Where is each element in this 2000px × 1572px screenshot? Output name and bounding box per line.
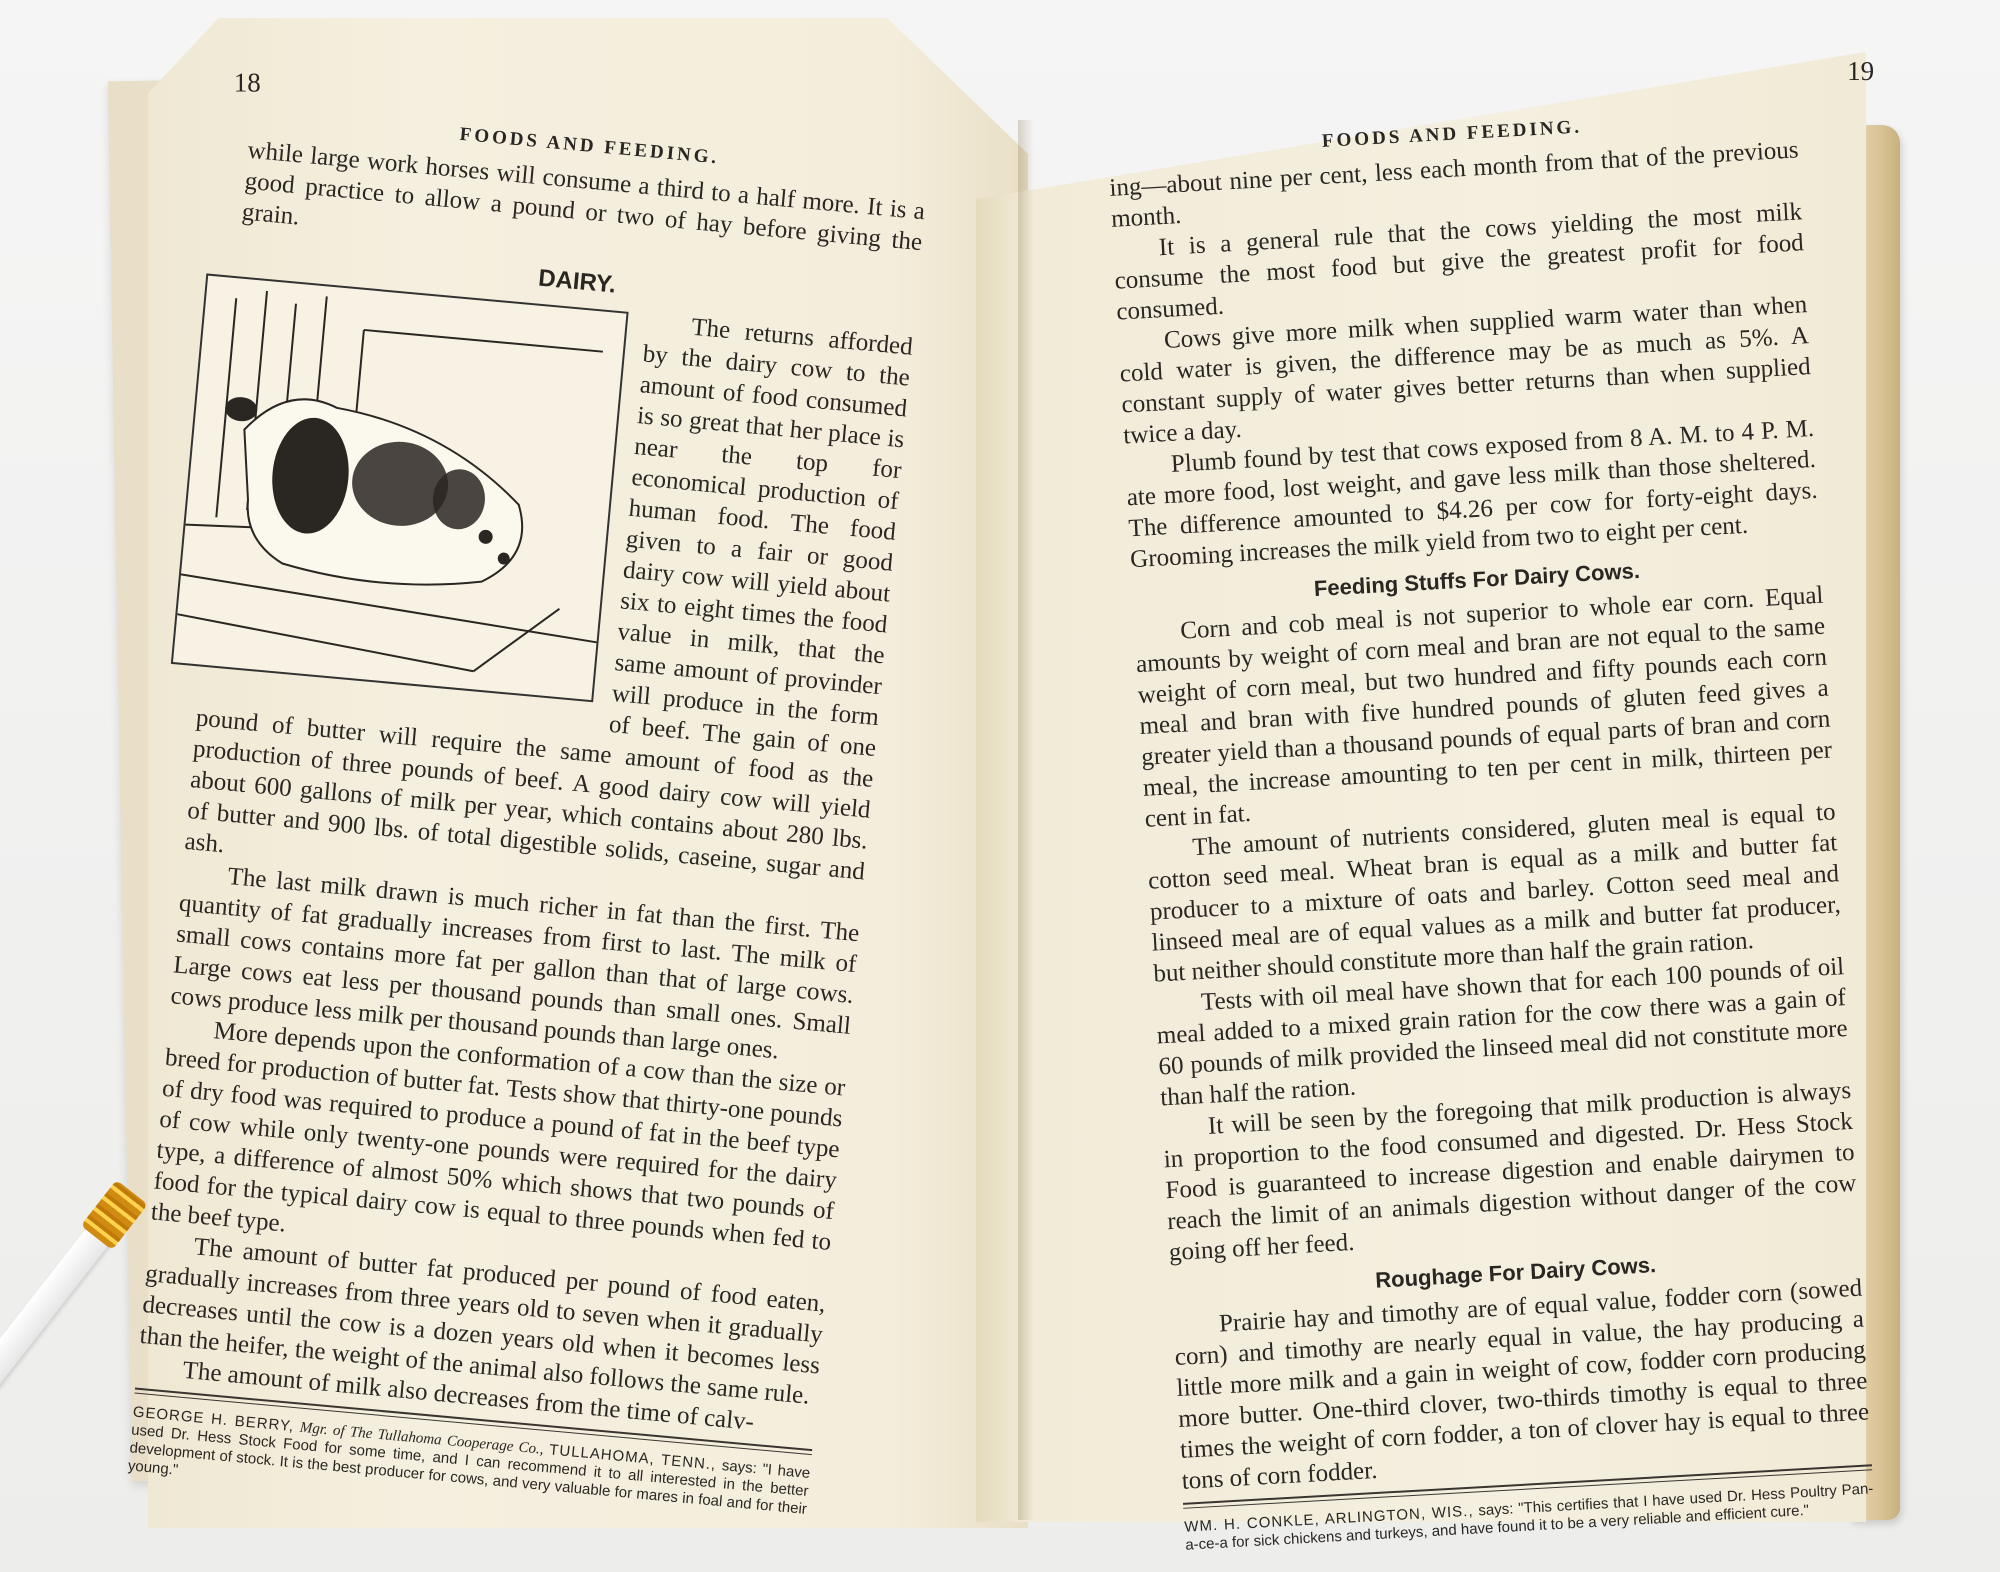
book-gutter (1018, 120, 1034, 1520)
roughage-paragraph-1: Prairie hay and timothy are of equal val… (1172, 1273, 1871, 1497)
right-page-content: 19 FOODS AND FEEDING. ing—about nine per… (1105, 69, 1875, 1554)
page-number-right: 19 (1847, 56, 1874, 87)
page-number-left: 18 (234, 67, 261, 98)
cow-illustration (171, 273, 629, 702)
left-page-content: 18 FOODS AND FEEDING. while large work h… (127, 70, 932, 1537)
cow-icon (173, 276, 626, 700)
feeding-paragraph-1: Corn and cob meal is not superior to who… (1134, 580, 1835, 835)
